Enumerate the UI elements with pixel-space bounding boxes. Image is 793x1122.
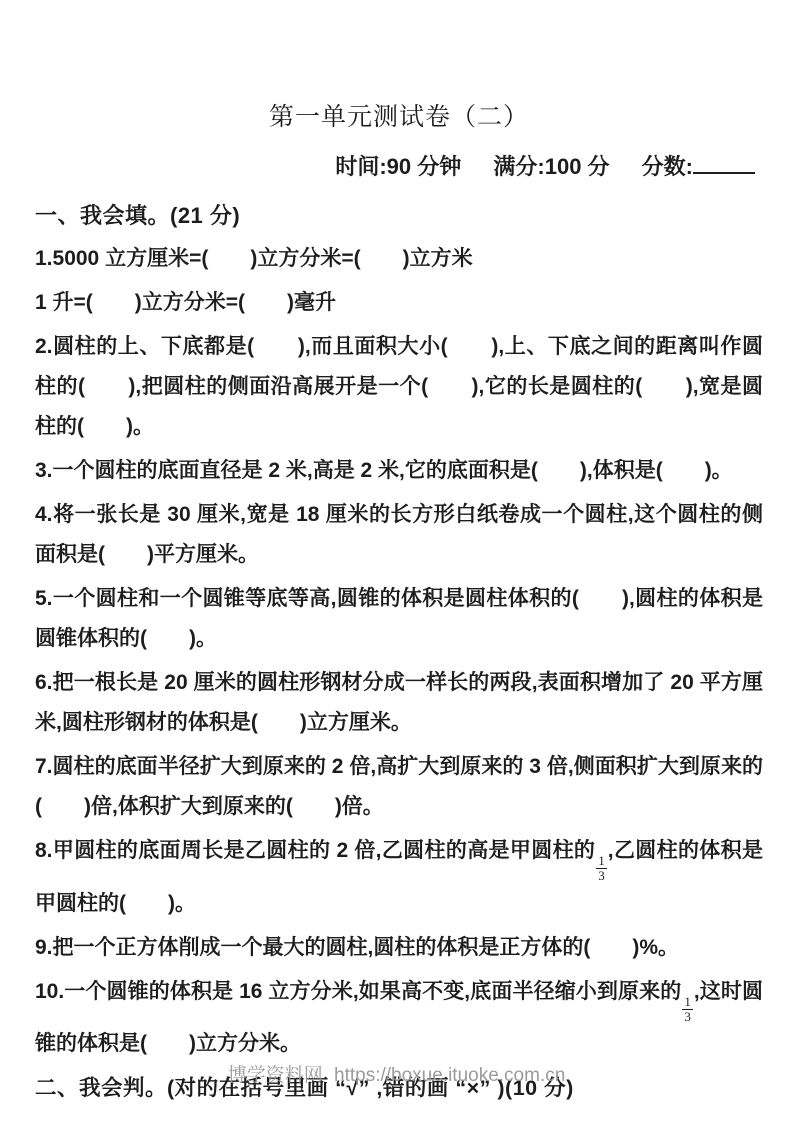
section-one-heading: 一、我会填。(21 分) [35, 199, 763, 230]
question-line: 3.一个圆柱的底面直径是 2 米,高是 2 米,它的底面积是( ),体积是( )… [35, 451, 763, 491]
footer-site-name: 博学资料网 [228, 1065, 323, 1086]
footer: 博学资料网 https://boxue.ituoke.com.cn [0, 1060, 793, 1087]
fraction-numerator: 1 [682, 995, 693, 1010]
fraction: 13 [682, 995, 693, 1025]
question-line: 6.把一根长是 20 厘米的圆柱形钢材分成一样长的两段,表面积增加了 20 平方… [35, 663, 763, 743]
full-score-label: 满分:100 分 [493, 154, 609, 179]
score-label: 分数: [642, 154, 693, 179]
meta-line: 时间:90 分钟 满分:100 分 分数: [35, 150, 763, 181]
question-line: 8.甲圆柱的底面周长是乙圆柱的 2 倍,乙圆柱的高是甲圆柱的13,乙圆柱的体积是… [35, 831, 763, 924]
fraction-denominator: 3 [682, 1010, 693, 1024]
fraction-numerator: 1 [596, 854, 607, 869]
question-line: 4.将一张长是 30 厘米,宽是 18 厘米的长方形白纸卷成一个圆柱,这个圆柱的… [35, 495, 763, 575]
question-line: 5.一个圆柱和一个圆锥等底等高,圆锥的体积是圆柱体积的( ),圆柱的体积是圆锥体… [35, 579, 763, 659]
question-line: 10.一个圆锥的体积是 16 立方分米,如果高不变,底面半径缩小到原来的13,这… [35, 972, 763, 1065]
footer-url: https://boxue.ituoke.com.cn [334, 1065, 565, 1086]
question-line: 1 升=( )立方分米=( )毫升 [35, 283, 763, 323]
score-blank-line [693, 168, 755, 174]
question-line: 2.圆柱的上、下底都是( ),而且面积大小( ),上、下底之间的距离叫作圆柱的(… [35, 327, 763, 447]
question-line: 1.5000 立方厘米=( )立方分米=( )立方米 [35, 239, 763, 279]
question-line: 7.圆柱的底面半径扩大到原来的 2 倍,高扩大到原来的 3 倍,侧面积扩大到原来… [35, 747, 763, 827]
page-title: 第一单元测试卷（二） [35, 97, 763, 133]
time-label: 时间:90 分钟 [335, 154, 461, 179]
fraction-denominator: 3 [596, 869, 607, 883]
question-line: 9.把一个正方体削成一个最大的圆柱,圆柱的体积是正方体的( )%。 [35, 928, 763, 968]
fraction: 13 [596, 854, 607, 884]
question-list: 1.5000 立方厘米=( )立方分米=( )立方米1 升=( )立方分米=( … [35, 239, 763, 1064]
test-paper-page: 第一单元测试卷（二） 时间:90 分钟 满分:100 分 分数: 一、我会填。(… [0, 0, 793, 1122]
